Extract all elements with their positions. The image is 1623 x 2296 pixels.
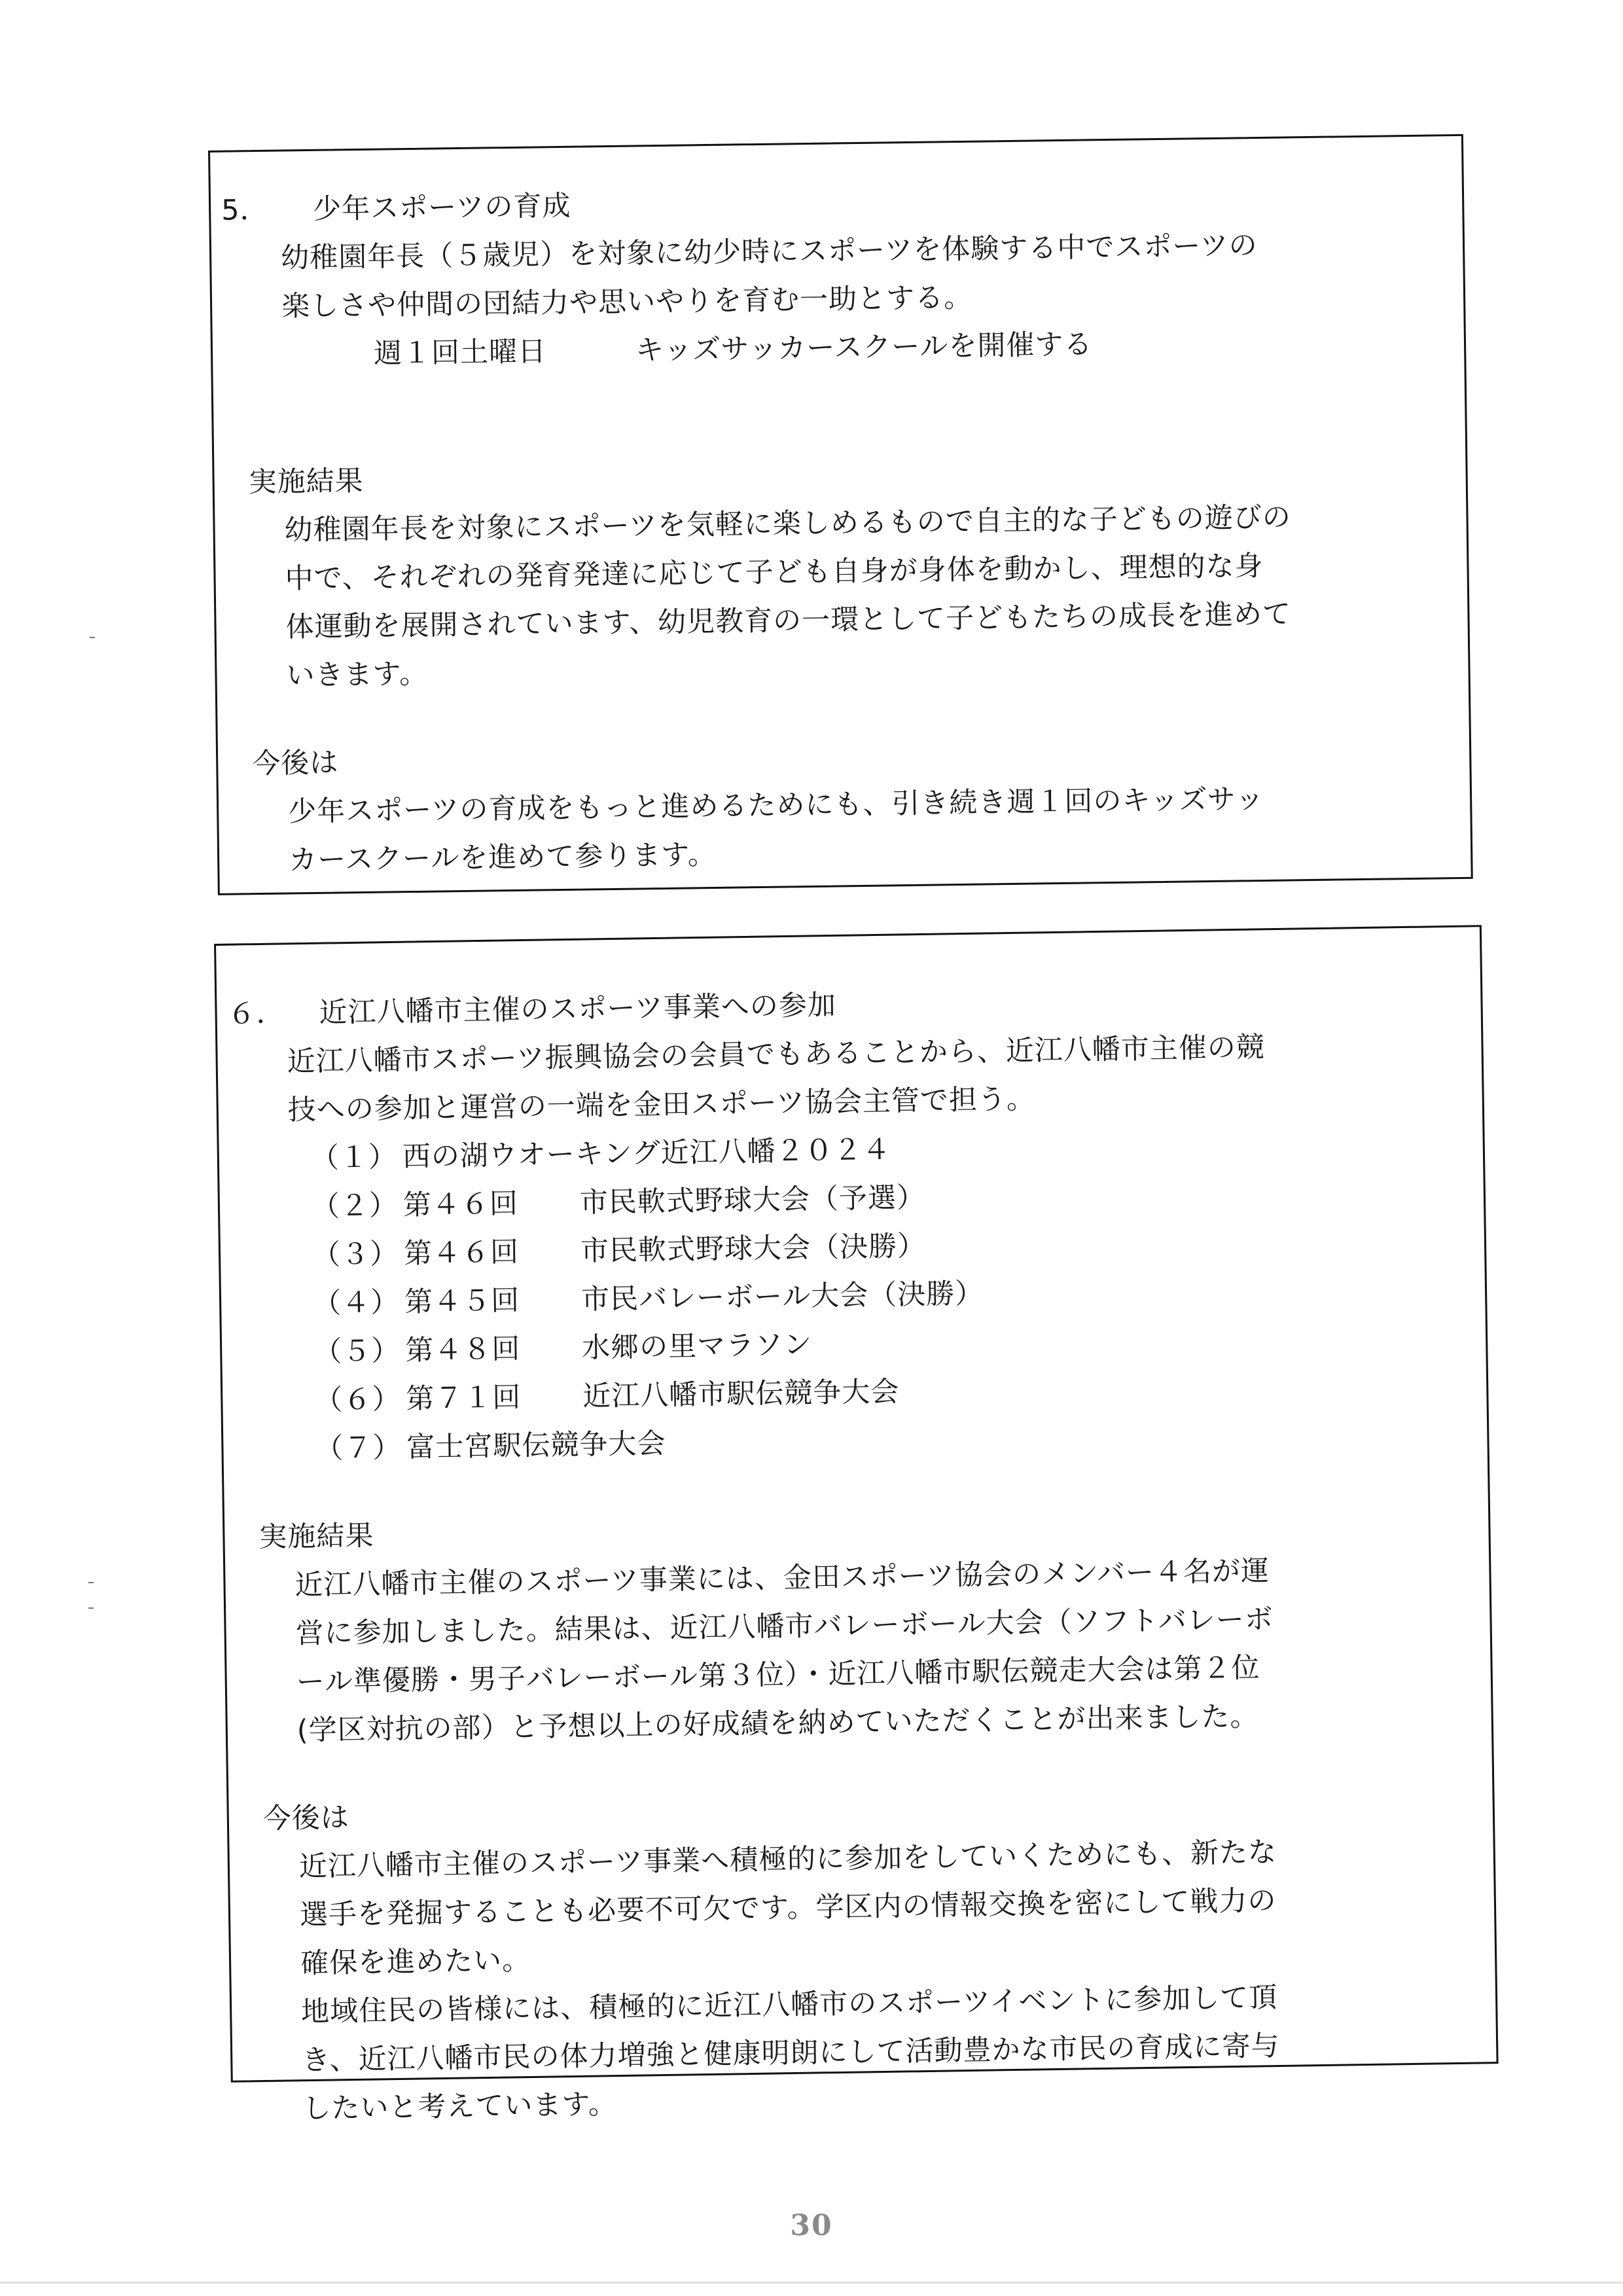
section-5-box: 5．少年スポーツの育成 幼稚園年長（５歳児）を対象に幼少時にスポーツを体験する中… [208,134,1473,895]
document-page: 5．少年スポーツの育成 幼稚園年長（５歳児）を対象に幼少時にスポーツを体験する中… [0,0,1623,2296]
event-number: （２） [311,1181,403,1231]
scan-speck [90,637,95,638]
scan-speck [88,1607,94,1609]
schedule-day: 週１回土曜日 [374,326,636,378]
event-number: （１） [310,1133,402,1183]
event-number: （７） [315,1424,407,1473]
event-name: 市民軟式野球大会（予選） [580,1181,926,1219]
section-5-title: 少年スポーツの育成 [313,190,571,226]
event-name: 富士宮駅伝競争大会 [406,1427,666,1464]
event-name: 市民軟式野球大会（決勝） [580,1230,927,1268]
scan-speck [88,1582,94,1583]
event-number: （４） [313,1278,405,1328]
event-name: 市民バレーボール大会（決勝） [581,1278,984,1316]
event-number: （３） [312,1230,404,1280]
section-6-title: 近江八幡市主催のスポーツ事業への参加 [319,989,836,1030]
page-number: 30 [0,2209,1623,2242]
event-name: 水郷の里マラソン [582,1329,813,1365]
event-number: （６） [314,1375,406,1425]
scan-edge-line [0,2282,1623,2284]
event-name: 近江八幡市駅伝競争大会 [582,1376,900,1413]
section-5-number: 5． [221,185,313,235]
event-ordinal: 第４８回 [405,1324,582,1375]
event-number: （５） [313,1327,406,1376]
section-6-box: ６．近江八幡市主催のスポーツ事業への参加 近江八幡市スポーツ振興協会の会員でもあ… [214,925,1499,2083]
event-ordinal: 第７１回 [406,1372,583,1424]
section-6-content: ６．近江八幡市主催のスポーツ事業への参加 近江八幡市スポーツ振興協会の会員でもあ… [217,971,1497,2134]
event-ordinal: 第４５回 [404,1276,582,1327]
event-ordinal: 第４６回 [402,1179,580,1230]
section-5-content: 5．少年スポーツの育成 幼稚園年長（５歳児）を対象に幼少時にスポーツを体験する中… [211,170,1471,886]
section-6-number: ６． [227,989,319,1039]
event-name: 西の湖ウオーキング近江八幡２０２４ [402,1134,891,1174]
event-ordinal: 第４６回 [404,1227,581,1278]
schedule-activity: キッズサッカースクールを開催する [635,328,1093,367]
